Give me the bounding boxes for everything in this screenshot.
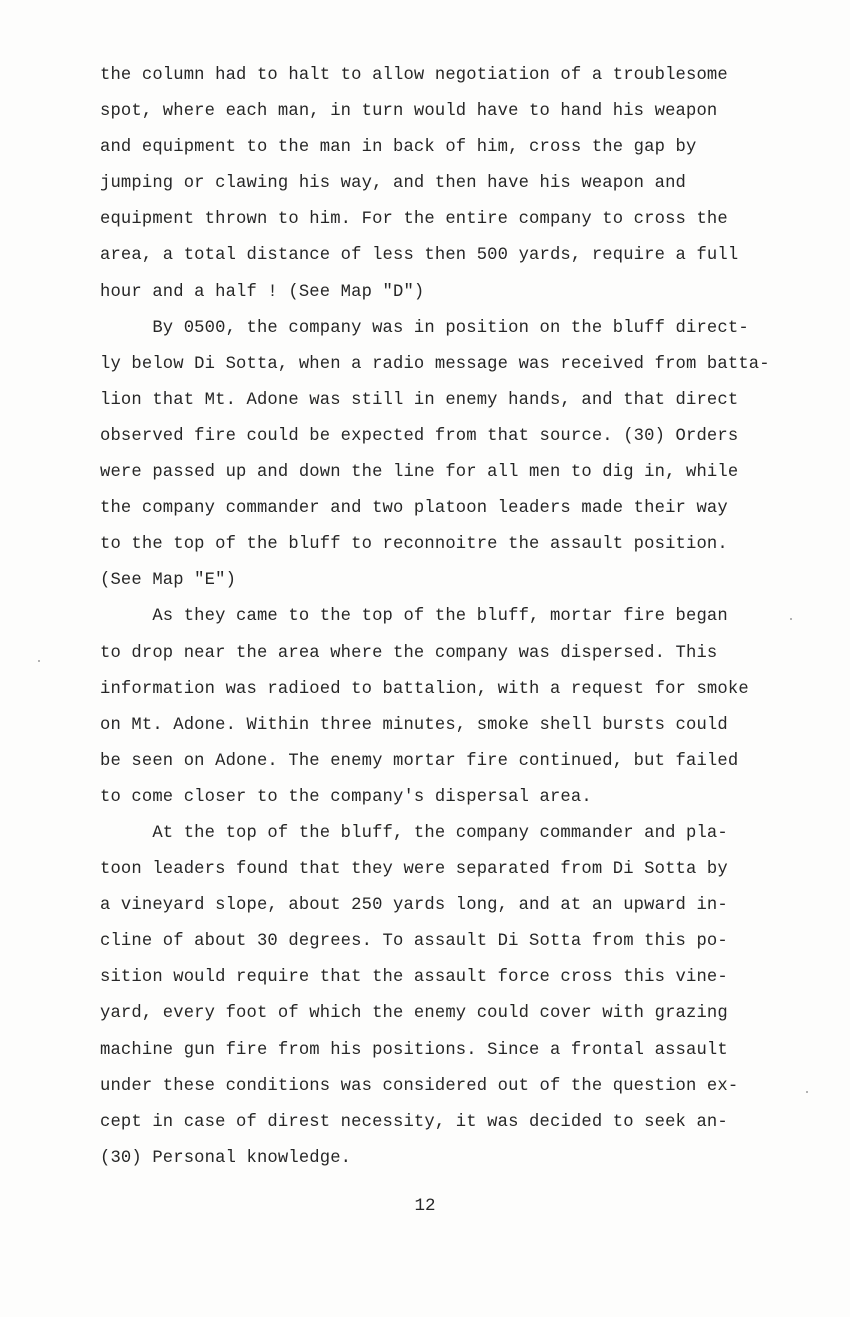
text-line: be seen on Adone. The enemy mortar fire … [100, 744, 800, 780]
document-page: the column had to halt to allow negotiat… [0, 0, 850, 1317]
text-line: and equipment to the man in back of him,… [100, 130, 800, 166]
text-line: At the top of the bluff, the company com… [100, 816, 800, 852]
scan-speck [38, 660, 40, 662]
text-line: sition would require that the assault fo… [100, 960, 800, 996]
text-line: machine gun fire from his positions. Sin… [100, 1033, 800, 1069]
text-line: the column had to halt to allow negotiat… [100, 58, 800, 94]
text-line: were passed up and down the line for all… [100, 455, 800, 491]
text-line: As they came to the top of the bluff, mo… [100, 599, 800, 635]
scan-speck [806, 1091, 808, 1093]
text-line: observed fire could be expected from tha… [100, 419, 800, 455]
footnote: (30) Personal knowledge. [100, 1141, 800, 1177]
text-line: jumping or clawing his way, and then hav… [100, 166, 800, 202]
text-line: to the top of the bluff to reconnoitre t… [100, 527, 800, 563]
text-line: cline of about 30 degrees. To assault Di… [100, 924, 800, 960]
text-line: the company commander and two platoon le… [100, 491, 800, 527]
text-line: By 0500, the company was in position on … [100, 311, 800, 347]
text-line: hour and a half ! (See Map "D") [100, 275, 800, 311]
text-line: equipment thrown to him. For the entire … [100, 202, 800, 238]
text-line: lion that Mt. Adone was still in enemy h… [100, 383, 800, 419]
text-line: under these conditions was considered ou… [100, 1069, 800, 1105]
text-line: ly below Di Sotta, when a radio message … [100, 347, 800, 383]
text-line: yard, every foot of which the enemy coul… [100, 996, 800, 1032]
text-line: a vineyard slope, about 250 yards long, … [100, 888, 800, 924]
scan-speck [592, 1048, 594, 1050]
text-line: (See Map "E") [100, 563, 800, 599]
text-line: to drop near the area where the company … [100, 636, 800, 672]
text-line: cept in case of direst necessity, it was… [100, 1105, 800, 1141]
text-line: information was radioed to battalion, wi… [100, 672, 800, 708]
text-line: toon leaders found that they were separa… [100, 852, 800, 888]
text-line: spot, where each man, in turn would have… [100, 94, 800, 130]
text-line: on Mt. Adone. Within three minutes, smok… [100, 708, 800, 744]
page-number: 12 [0, 1196, 850, 1216]
scan-speck [790, 618, 792, 620]
text-line: area, a total distance of less then 500 … [100, 238, 800, 274]
text-line: to come closer to the company's dispersa… [100, 780, 800, 816]
body-text: the column had to halt to allow negotiat… [100, 58, 800, 1177]
